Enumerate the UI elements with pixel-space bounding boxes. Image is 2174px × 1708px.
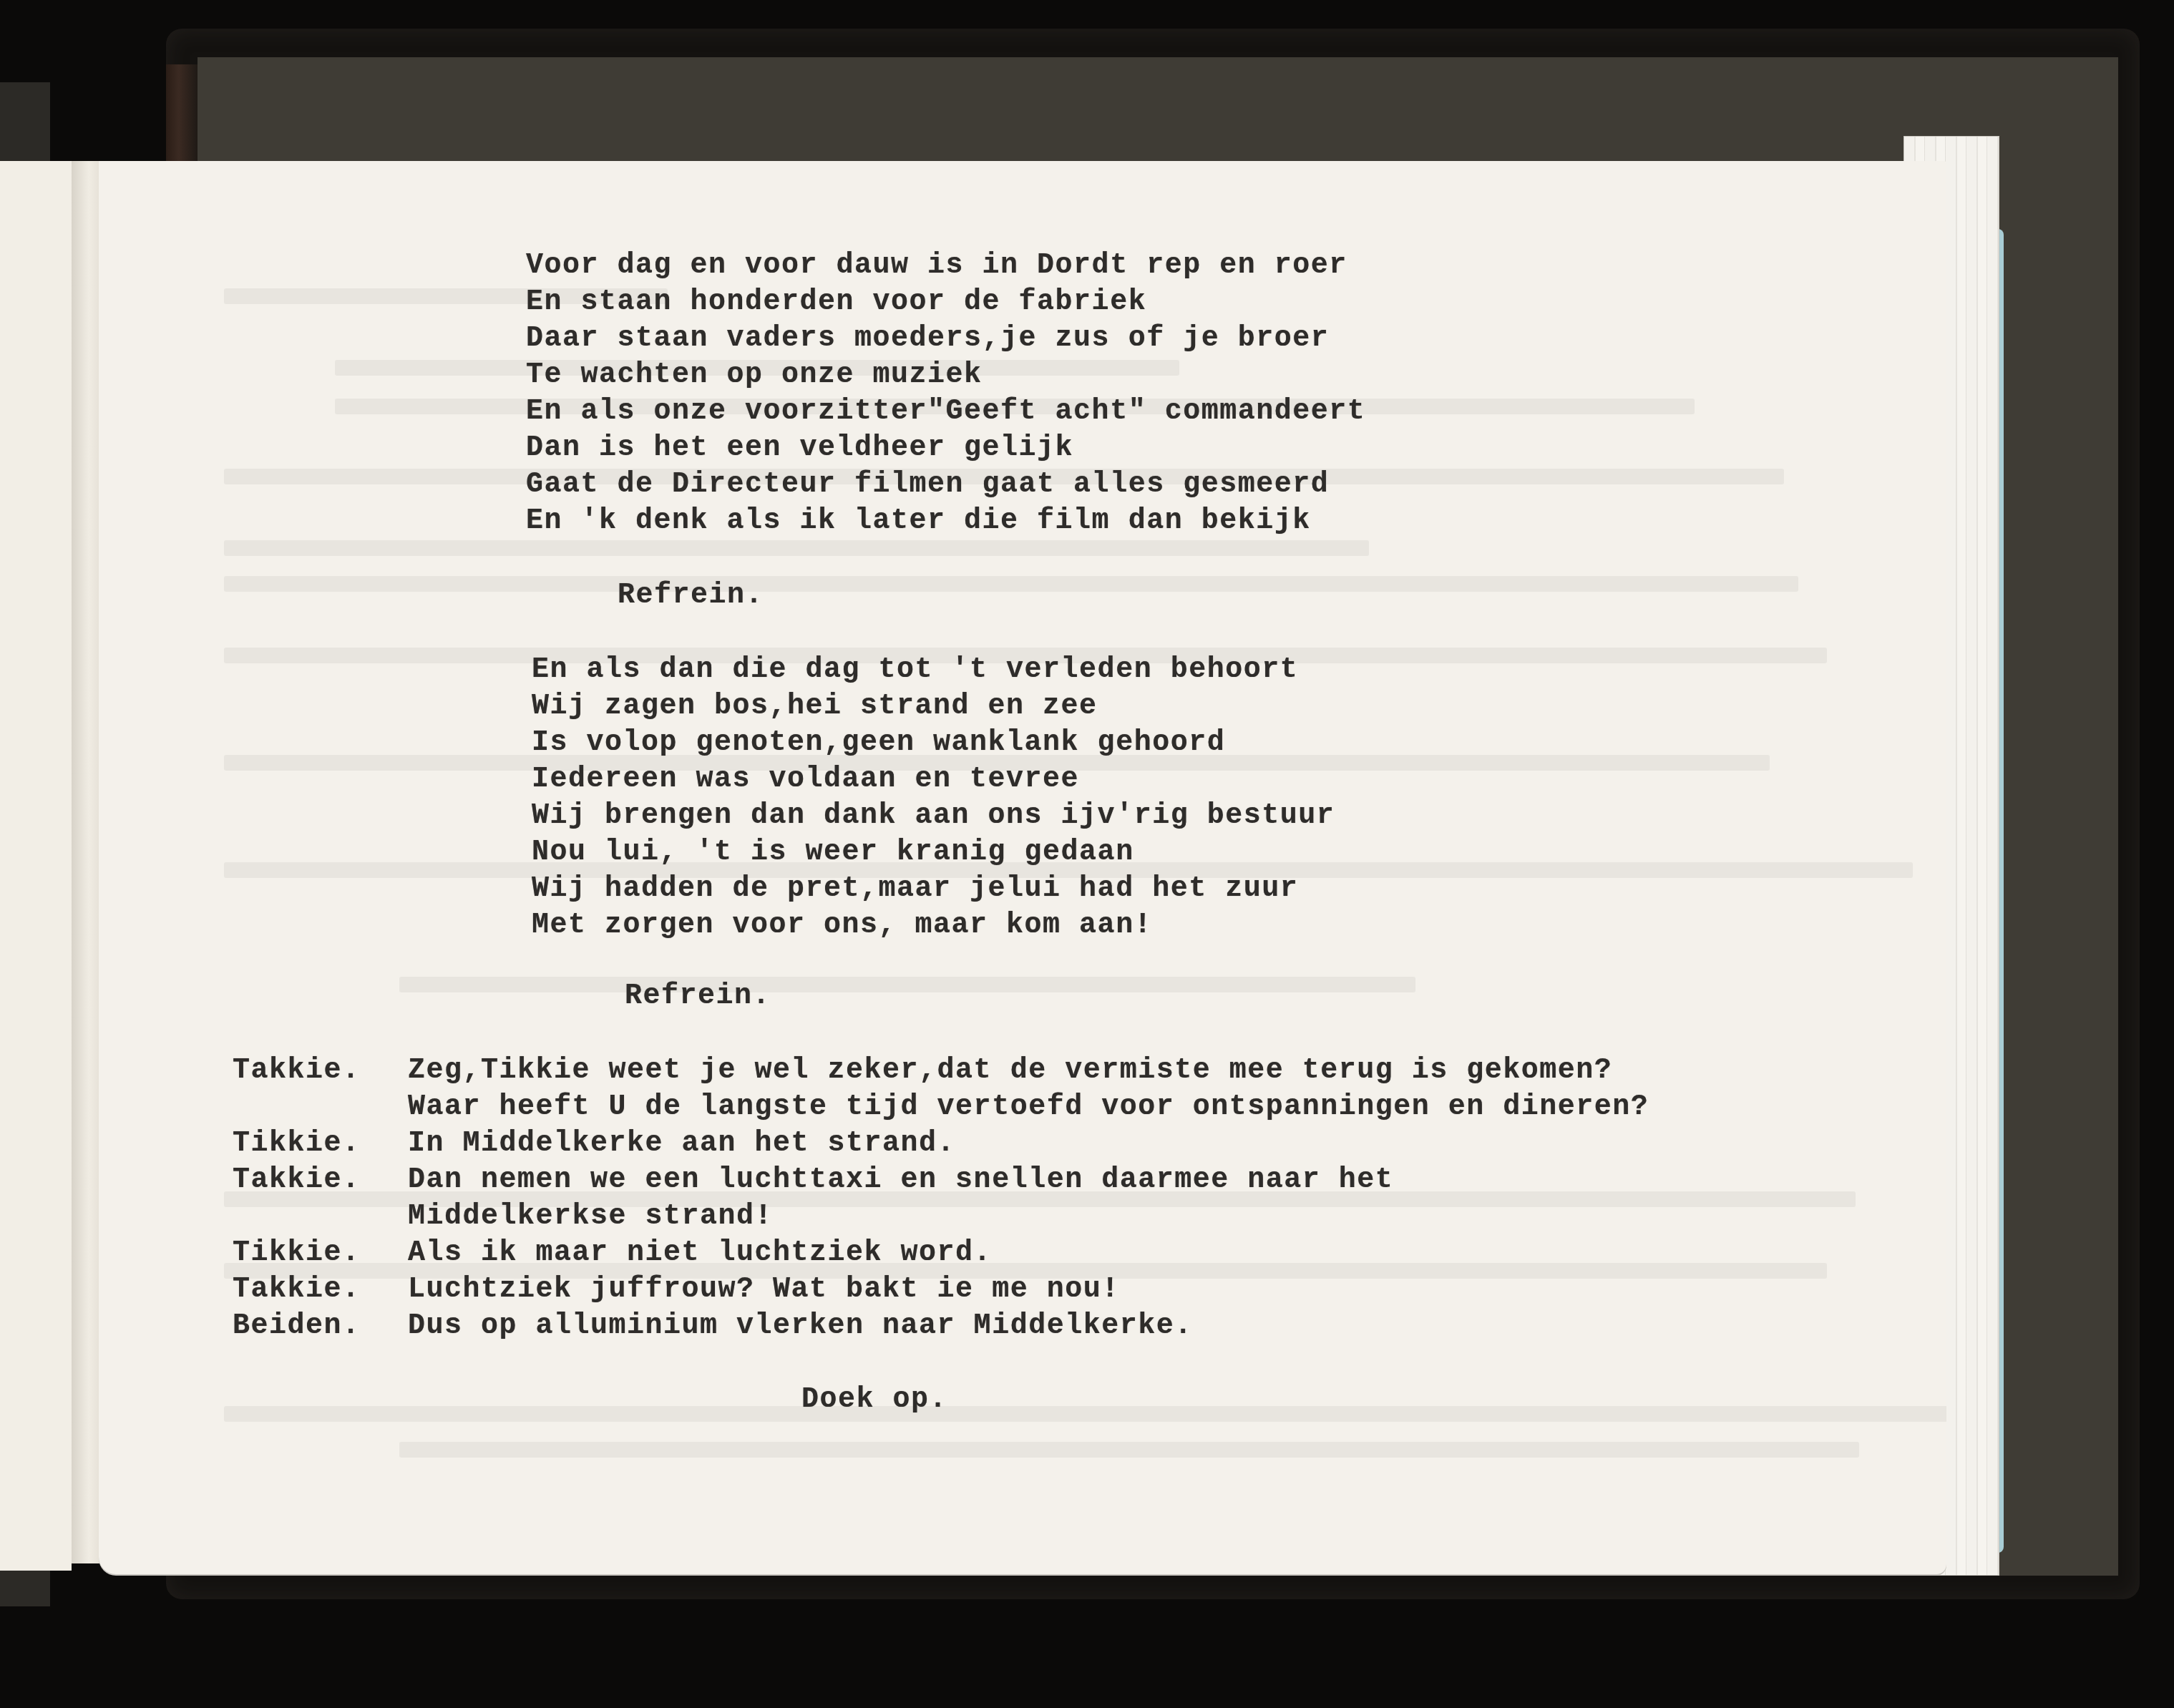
dialogue-text: In Middelkerke aan het strand. <box>408 1130 955 1158</box>
dialogue-text: Luchtziek juffrouw? Wat bakt ie me nou! <box>408 1276 1120 1304</box>
verse-2-line: En als dan die dag tot 't verleden behoo… <box>532 656 1298 685</box>
page-gutter <box>72 161 100 1563</box>
verse-2-line: Wij zagen bos,hei strand en zee <box>532 693 1098 721</box>
bleed-through <box>224 540 1369 556</box>
dialogue-text: Dan nemen we een luchttaxi en snellen da… <box>408 1166 1393 1195</box>
dialogue-text: Dus op alluminium vlerken naar Middelker… <box>408 1312 1193 1341</box>
verse-2-line: Iedereen was voldaan en tevree <box>532 766 1079 794</box>
dialogue-text: Als ik maar niet luchtziek word. <box>408 1239 992 1268</box>
verse-2-line: Is volop genoten,geen wanklank gehoord <box>532 729 1225 758</box>
dialogue-speaker: Takkie. <box>233 1057 361 1085</box>
dialogue-speaker: Takkie. <box>233 1166 361 1195</box>
verse-1-line: Voor dag en voor dauw is in Dordt rep en… <box>526 252 1347 280</box>
verse-2-line: Wij hadden de pret,maar jelui had het zu… <box>532 875 1298 904</box>
verse-1-line: Gaat de Directeur filmen gaat alles gesm… <box>526 471 1329 499</box>
dialogue-speaker: Beiden. <box>233 1312 361 1341</box>
stage-direction: Doek op. <box>801 1386 947 1415</box>
verse-1-line: En 'k denk als ik later die film dan bek… <box>526 507 1311 536</box>
dialogue-speaker: Tikkie. <box>233 1130 361 1158</box>
bleed-through <box>224 1406 1946 1422</box>
dialogue-speaker: Tikkie. <box>233 1239 361 1268</box>
left-page <box>0 161 72 1571</box>
dialogue-text: Middelkerkse strand! <box>408 1203 773 1231</box>
verse-2-line: Wij brengen dan dank aan ons ijv'rig bes… <box>532 802 1335 831</box>
bleed-through <box>224 576 1798 592</box>
verse-1-line: Daar staan vaders moeders,je zus of je b… <box>526 325 1329 353</box>
verse-2-line: Met zorgen voor ons, maar kom aan! <box>532 912 1152 940</box>
dialogue-text: Waar heeft U de langste tijd vertoefd vo… <box>408 1093 1649 1122</box>
typewritten-page: Voor dag en voor dauw is in Dordt rep en… <box>99 161 1946 1574</box>
dialogue-text: Zeg,Tikkie weet je wel zeker,dat de verm… <box>408 1057 1612 1085</box>
refrain-label: Refrein. <box>625 982 771 1011</box>
bleed-through <box>399 977 1415 992</box>
dialogue-speaker: Takkie. <box>233 1276 361 1304</box>
refrain-label: Refrein. <box>618 582 764 610</box>
verse-1-line: Te wachten op onze muziek <box>526 361 983 390</box>
verse-1-line: En staan honderden voor de fabriek <box>526 288 1146 317</box>
verse-1-line: Dan is het een veldheer gelijk <box>526 434 1073 463</box>
verse-2-line: Nou lui, 't is weer kranig gedaan <box>532 839 1134 867</box>
bleed-through <box>399 1442 1859 1458</box>
verse-1-line: En als onze voorzitter"Geeft acht" comma… <box>526 398 1365 426</box>
